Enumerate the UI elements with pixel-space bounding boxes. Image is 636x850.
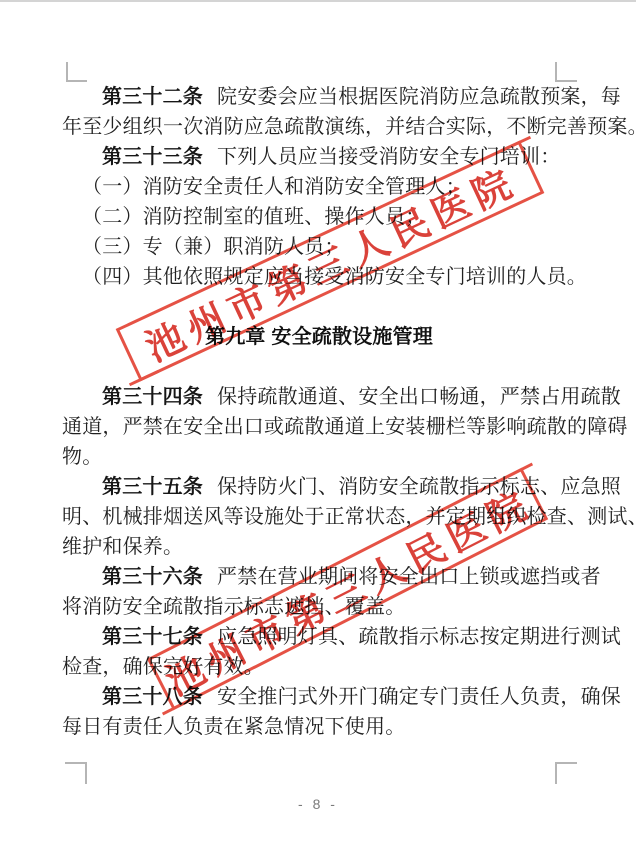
doc-line: 第三十八条安全推闩式外开门确定专门责任人负责，确保 — [62, 682, 576, 712]
crop-mark-top-right — [555, 62, 577, 82]
crop-mark-bottom-left — [65, 762, 87, 784]
article-number: 第三十三条 — [102, 146, 203, 168]
doc-line: 第三十四条保持疏散通道、安全出口畅通，严禁占用疏散 — [62, 382, 576, 412]
doc-line: 年至少组织一次消防应急疏散演练，并结合实际，不断完善预案。 — [62, 112, 576, 142]
doc-line: 物。 — [62, 442, 576, 472]
article-number: 第三十四条 — [102, 386, 203, 408]
article-number: 第三十二条 — [102, 86, 203, 108]
doc-line: 通道，严禁在安全出口或疏散通道上安装栅栏等影响疏散的障碍 — [62, 412, 576, 442]
doc-line-text: 院安委会应当根据医院消防应急疏散预案，每 — [217, 86, 621, 108]
article-number: 第三十六条 — [102, 566, 203, 588]
doc-line-text: 保持防火门、消防安全疏散指示标志、应急照 — [217, 476, 621, 498]
doc-line-text: 明、机械排烟送风等设施处于正常状态，并定期组织检查、测试、 — [62, 506, 636, 528]
article-number: 第三十五条 — [102, 476, 203, 498]
doc-line: 每日有责任人负责在紧急情况下使用。 — [62, 712, 576, 742]
page-top-edge — [0, 0, 636, 2]
doc-line: 检查，确保完好有效。 — [62, 652, 576, 682]
doc-line-text: 年至少组织一次消防应急疏散演练，并结合实际，不断完善预案。 — [62, 116, 636, 138]
crop-mark-bottom-right — [555, 762, 577, 784]
doc-line-text: 通道，严禁在安全出口或疏散通道上安装栅栏等影响疏散的障碍 — [62, 416, 628, 438]
page-number: - 8 - — [0, 796, 636, 812]
doc-line: 第三十二条院安委会应当根据医院消防应急疏散预案，每 — [62, 82, 576, 112]
doc-line-text: 保持疏散通道、安全出口畅通，严禁占用疏散 — [217, 386, 621, 408]
document-page: 第三十二条院安委会应当根据医院消防应急疏散预案，每 年至少组织一次消防应急疏散演… — [0, 0, 636, 850]
doc-line-text: 维护和保养。 — [62, 536, 183, 558]
crop-mark-top-left — [66, 62, 87, 82]
doc-line-text: 物。 — [62, 446, 102, 468]
doc-line-text: 每日有责任人负责在紧急情况下使用。 — [62, 716, 405, 738]
doc-line-text: 安全推闩式外开门确定专门责任人负责，确保 — [217, 686, 621, 708]
